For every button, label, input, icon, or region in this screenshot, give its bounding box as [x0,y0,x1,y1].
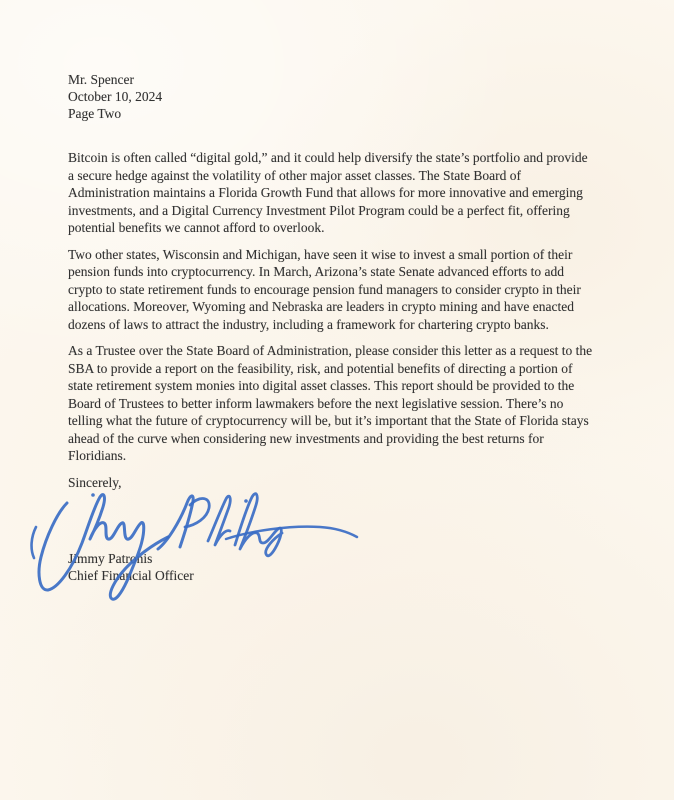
paragraph-line: As a Trustee over the State Board of Adm… [68,342,634,360]
paragraph-bitcoin-digital-gold: Bitcoin is often called “digital gold,” … [68,149,634,237]
scanned-letter-page: Mr. SpencerOctober 10, 2024Page Two Bitc… [0,0,674,800]
signer-name: Jimmy Patronis [68,550,634,567]
paragraph-line: SBA to provide a report on the feasibili… [68,360,634,378]
signature-block: Jimmy Patronis Chief Financial Officer [68,491,634,584]
paragraph-line: allocations. Moreover, Wyoming and Nebra… [68,298,634,316]
header-line: Page Two [68,105,634,122]
signer-title: Chief Financial Officer [68,567,634,584]
paragraph-line: dozens of laws to attract the industry, … [68,316,634,334]
header-line: Mr. Spencer [68,71,634,88]
paragraph-other-states: Two other states, Wisconsin and Michigan… [68,246,634,334]
paragraph-line: Administration maintains a Florida Growt… [68,184,634,202]
paragraph-line: Floridians. [68,447,634,465]
paragraph-line: state retirement system monies into digi… [68,377,634,395]
closing-salutation: Sincerely, [68,474,634,492]
paragraph-line: Two other states, Wisconsin and Michigan… [68,246,634,264]
paragraph-line: crypto to state retirement funds to enco… [68,281,634,299]
letter-content: Mr. SpencerOctober 10, 2024Page Two Bitc… [0,0,674,584]
paragraph-line: Bitcoin is often called “digital gold,” … [68,149,634,167]
paragraph-line: pension funds into cryptocurrency. In Ma… [68,263,634,281]
paragraph-line: ahead of the curve when considering new … [68,430,634,448]
paragraph-line: investments, and a Digital Currency Inve… [68,202,634,220]
header-line: October 10, 2024 [68,88,634,105]
signer-identity: Jimmy Patronis Chief Financial Officer [68,491,634,584]
letter-header: Mr. SpencerOctober 10, 2024Page Two [68,71,634,122]
paragraph-line: Board of Trustees to better inform lawma… [68,395,634,413]
paragraph-line: telling what the future of cryptocurrenc… [68,412,634,430]
paragraph-trustee-request: As a Trustee over the State Board of Adm… [68,342,634,465]
paragraph-line: a secure hedge against the volatility of… [68,167,634,185]
paragraph-line: potential benefits we cannot afford to o… [68,219,634,237]
